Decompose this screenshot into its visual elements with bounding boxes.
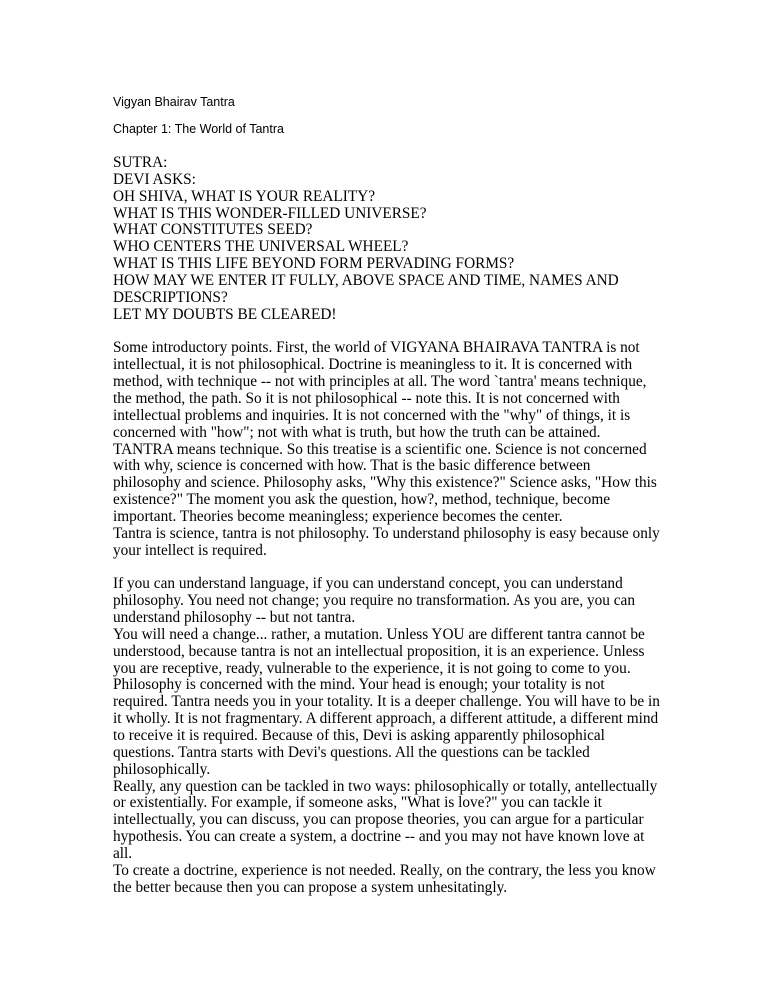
document-title: Vigyan Bhairav Tantra	[113, 95, 235, 110]
text-block: If you can understand language, if you c…	[113, 576, 661, 627]
sutra-line: OH SHIVA, WHAT IS YOUR REALITY?	[113, 189, 661, 206]
document-body: SUTRA: DEVI ASKS: OH SHIVA, WHAT IS YOUR…	[113, 155, 661, 896]
sutra-line: HOW MAY WE ENTER IT FULLY, ABOVE SPACE A…	[113, 273, 661, 307]
text-block: Tantra is science, tantra is not philoso…	[113, 526, 661, 560]
chapter-title: Chapter 1: The World of Tantra	[113, 122, 284, 137]
sutra-line: WHAT CONSTITUTES SEED?	[113, 222, 661, 239]
sutra-line: WHAT IS THIS LIFE BEYOND FORM PERVADING …	[113, 256, 661, 273]
sutra-line: WHAT IS THIS WONDER-FILLED UNIVERSE?	[113, 206, 661, 223]
paragraph-intro: Some introductory points. First, the wor…	[113, 340, 661, 559]
sutra-line: SUTRA:	[113, 155, 661, 172]
sutra-block: SUTRA: DEVI ASKS: OH SHIVA, WHAT IS YOUR…	[113, 155, 661, 323]
text-block: Some introductory points. First, the wor…	[113, 340, 661, 525]
paragraph-understanding: If you can understand language, if you c…	[113, 576, 661, 896]
sutra-line: LET MY DOUBTS BE CLEARED!	[113, 307, 661, 324]
sutra-line: DEVI ASKS:	[113, 172, 661, 189]
text-block: You will need a change... rather, a muta…	[113, 627, 661, 779]
text-block: To create a doctrine, experience is not …	[113, 863, 661, 897]
text-block: Really, any question can be tackled in t…	[113, 779, 661, 863]
sutra-line: WHO CENTERS THE UNIVERSAL WHEEL?	[113, 239, 661, 256]
